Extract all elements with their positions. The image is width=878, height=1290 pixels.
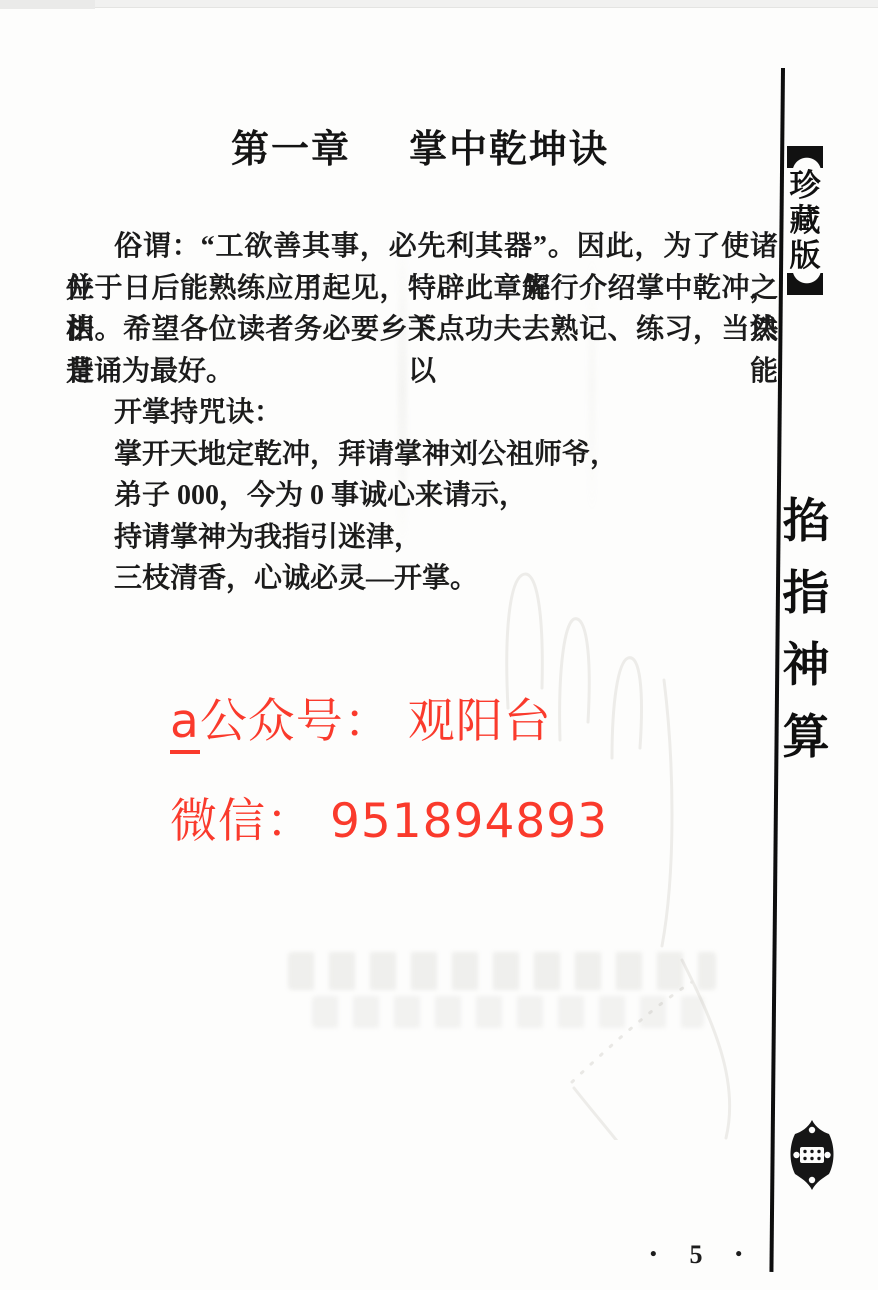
watermark-account-label: 公众号： 观阳台 xyxy=(200,694,552,749)
watermark-account-line: a公众号： 观阳台 xyxy=(170,684,552,751)
showthrough-smudge xyxy=(288,952,716,990)
chant-line: 三枝清香，心诚必灵—开掌。 xyxy=(66,558,778,600)
pagenum-dot-left: • xyxy=(650,1242,657,1268)
scanned-page: 第一章掌中乾坤诀 俗谓：“工欲善其事，必先利其器”。因此，为了使诸位了解， 并于… xyxy=(0,0,878,1290)
chant-line: 弟子 000，今为 0 事诚心来请示， xyxy=(66,475,778,517)
watermark-underlined-a: a xyxy=(170,694,200,754)
badge-bracket-bottom-icon xyxy=(787,273,823,295)
badge-char: 藏 xyxy=(790,205,821,236)
chant-heading-line: 开掌持咒诀： xyxy=(66,392,778,434)
chant-line: 持请掌神为我指引迷津， xyxy=(66,517,778,559)
body-line: 并于日后能熟练应用起见，特辟此章先行介绍掌中乾冲之相关诀 xyxy=(66,268,778,310)
book-title-char: 算 xyxy=(783,714,830,761)
pagenum-dot-right: • xyxy=(735,1242,742,1268)
body-line: 俗谓：“工欲善其事，必先利其器”。因此，为了使诸位了解， xyxy=(66,226,778,268)
book-title-char: 指 xyxy=(783,570,830,617)
page-number: • 5 • xyxy=(650,1240,742,1270)
chapter-heading: 第一章掌中乾坤诀 xyxy=(0,118,840,173)
body-paragraph: 俗谓：“工欲善其事，必先利其器”。因此，为了使诸位了解， 并于日后能熟练应用起见… xyxy=(66,226,778,600)
chapter-number: 第一章 xyxy=(231,129,351,171)
showthrough-smudge xyxy=(312,996,704,1028)
book-title-char: 神 xyxy=(783,642,830,689)
badge-char: 珍 xyxy=(790,170,821,201)
collector-edition-badge: 珍 藏 版 xyxy=(786,146,824,295)
badge-char: 版 xyxy=(790,240,821,271)
body-line: 法。希望各位读者务必要乡下点功夫去熟记、练习，当然是以能 xyxy=(66,309,778,351)
scan-top-edge-corner xyxy=(0,0,95,9)
pagenum-value: 5 xyxy=(690,1240,703,1270)
chapter-title: 掌中乾坤诀 xyxy=(409,129,609,171)
book-title-char: 掐 xyxy=(783,498,830,545)
watermark-wechat-line: 微信： 951894893 xyxy=(170,784,608,851)
floral-diamond-seal-icon xyxy=(783,1116,841,1194)
scan-top-edge xyxy=(0,0,878,8)
chant-line: 掌开天地定乾冲，拜请掌神刘公祖师爷， xyxy=(66,434,778,476)
book-title-vertical: 掐 指 神 算 xyxy=(780,498,832,761)
badge-bracket-top-icon xyxy=(787,146,823,168)
